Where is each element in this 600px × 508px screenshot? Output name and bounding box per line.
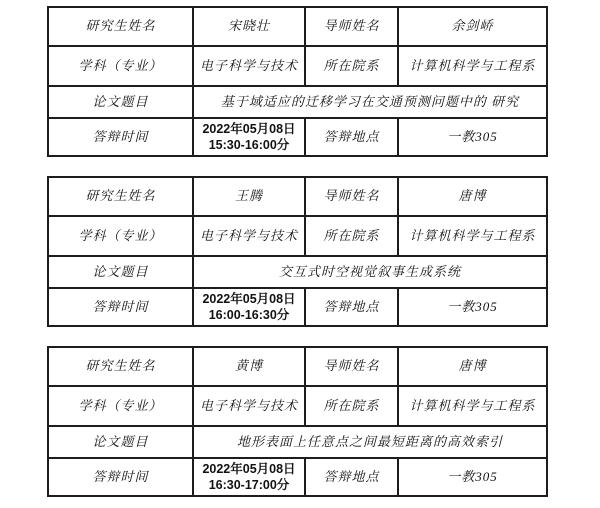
defense-table-1: 研究生姓名 宋晓壮 导师姓名 余剑峤 学科（专业） 电子科学与技术 所在院系 计… (47, 6, 548, 157)
discipline-value: 电子科学与技术 (193, 46, 305, 86)
defense-location-value: 一教305 (398, 288, 547, 326)
department-label: 所在院系 (305, 46, 398, 86)
defense-time-label: 答辩时间 (48, 288, 193, 326)
student-name-value: 王腾 (193, 177, 305, 216)
defense-location-value: 一教305 (398, 118, 547, 156)
thesis-title-value: 交互式时空视觉叙事生成系统 (193, 256, 547, 288)
advisor-name-label: 导师姓名 (305, 347, 398, 386)
defense-time-range: 16:30-17:00分 (196, 477, 302, 493)
defense-location-label: 答辩地点 (305, 458, 398, 496)
defense-schedule-document: 研究生姓名 宋晓壮 导师姓名 余剑峤 学科（专业） 电子科学与技术 所在院系 计… (0, 0, 600, 508)
department-value: 计算机科学与工程系 (398, 386, 547, 426)
discipline-value: 电子科学与技术 (193, 386, 305, 426)
student-name-value: 黄博 (193, 347, 305, 386)
defense-date: 2022年05月08日 (196, 461, 302, 477)
advisor-name-value: 唐博 (398, 177, 547, 216)
thesis-title-label: 论文题目 (48, 86, 193, 118)
defense-time-range: 16:00-16:30分 (196, 307, 302, 323)
defense-location-label: 答辩地点 (305, 118, 398, 156)
student-name-label: 研究生姓名 (48, 7, 193, 46)
discipline-value: 电子科学与技术 (193, 216, 305, 256)
defense-location-label: 答辩地点 (305, 288, 398, 326)
defense-time-label: 答辩时间 (48, 118, 193, 156)
thesis-title-value: 基于域适应的迁移学习在交通预测问题中的 研究 (193, 86, 547, 118)
defense-table-2: 研究生姓名 王腾 导师姓名 唐博 学科（专业） 电子科学与技术 所在院系 计算机… (47, 176, 548, 327)
defense-time-range: 15:30-16:00分 (196, 137, 302, 153)
advisor-name-value: 唐博 (398, 347, 547, 386)
thesis-title-value: 地形表面上任意点之间最短距离的高效索引 (193, 426, 547, 458)
advisor-name-label: 导师姓名 (305, 177, 398, 216)
defense-table-3: 研究生姓名 黄博 导师姓名 唐博 学科（专业） 电子科学与技术 所在院系 计算机… (47, 346, 548, 497)
thesis-title-label: 论文题目 (48, 426, 193, 458)
student-name-label: 研究生姓名 (48, 177, 193, 216)
defense-date: 2022年05月08日 (196, 291, 302, 307)
defense-time-value: 2022年05月08日 16:00-16:30分 (193, 288, 305, 326)
department-label: 所在院系 (305, 216, 398, 256)
defense-time-value: 2022年05月08日 15:30-16:00分 (193, 118, 305, 156)
defense-location-value: 一教305 (398, 458, 547, 496)
advisor-name-value: 余剑峤 (398, 7, 547, 46)
department-value: 计算机科学与工程系 (398, 216, 547, 256)
department-value: 计算机科学与工程系 (398, 46, 547, 86)
defense-time-label: 答辩时间 (48, 458, 193, 496)
thesis-title-label: 论文题目 (48, 256, 193, 288)
discipline-label: 学科（专业） (48, 216, 193, 256)
discipline-label: 学科（专业） (48, 46, 193, 86)
defense-time-value: 2022年05月08日 16:30-17:00分 (193, 458, 305, 496)
advisor-name-label: 导师姓名 (305, 7, 398, 46)
department-label: 所在院系 (305, 386, 398, 426)
student-name-value: 宋晓壮 (193, 7, 305, 46)
discipline-label: 学科（专业） (48, 386, 193, 426)
defense-date: 2022年05月08日 (196, 121, 302, 137)
student-name-label: 研究生姓名 (48, 347, 193, 386)
